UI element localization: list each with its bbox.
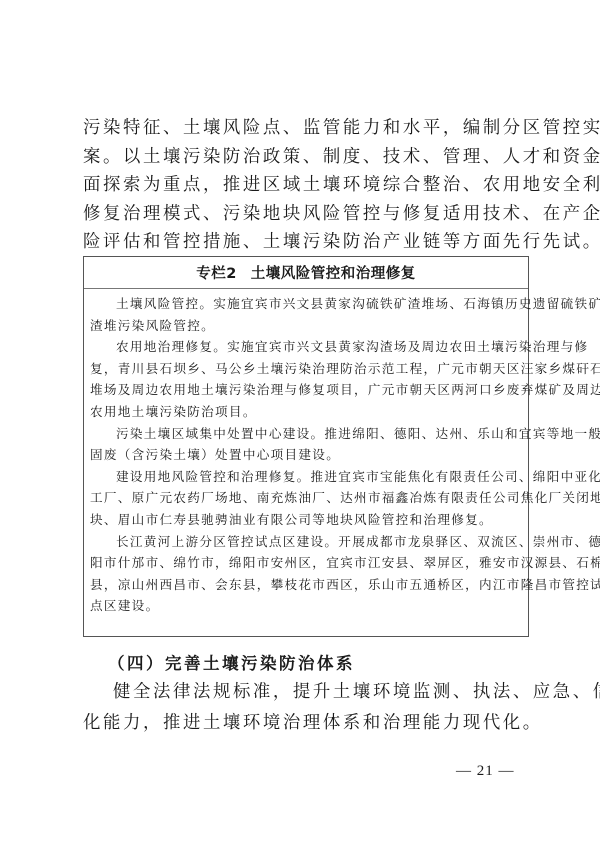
- box-item-soil-risk-control: 土壤风险管控。实施宜宾市兴文县黄家沟硫铁矿渣堆场、石海镇历史遗留硫铁矿 渣堆污染…: [90, 293, 522, 336]
- text-line: 工厂、原广元农药厂场地、南充炼油厂、达州市福鑫冶炼有限责任公司焦化厂关闭地: [90, 487, 522, 509]
- text-line: 化能力，推进土壤环境治理体系和治理能力现代化。: [83, 708, 529, 739]
- feature-box-title: 土壤风险管控和治理修复: [251, 262, 416, 283]
- feature-box-header: 专栏2 土壤风险管控和治理修复: [84, 257, 528, 289]
- feature-box-label: 专栏2: [196, 262, 237, 283]
- text-line: 土壤风险管控。实施宜宾市兴文县黄家沟硫铁矿渣堆场、石海镇历史遗留硫铁矿: [90, 293, 522, 315]
- feature-box-body: 土壤风险管控。实施宜宾市兴文县黄家沟硫铁矿渣堆场、石海镇历史遗留硫铁矿 渣堆污染…: [84, 289, 528, 617]
- box-item-farmland-remediation: 农用地治理修复。实施宜宾市兴文县黄家沟渣场及周边农田土壤污染治理与修 复，青川县…: [90, 336, 522, 422]
- text-line: 固废（含污染土壤）处置中心项目建设。: [90, 444, 522, 466]
- text-line: 健全法律法规标准，提升土壤环境监测、执法、应急、信息: [83, 677, 529, 708]
- text-line: 渣堆污染风险管控。: [90, 315, 522, 337]
- text-line: 农用地治理修复。实施宜宾市兴文县黄家沟渣场及周边农田土壤污染治理与修: [90, 336, 522, 358]
- text-line: 案。以土壤污染防治政策、制度、技术、管理、人才和资金等方: [83, 143, 529, 172]
- section-paragraph: 健全法律法规标准，提升土壤环境监测、执法、应急、信息 化能力，推进土壤环境治理体…: [83, 677, 529, 739]
- text-line: 堆场及周边农用地土壤污染治理与修复项目，广元市朝天区两河口乡废弃煤矿及周边: [90, 379, 522, 401]
- text-line: 农用地土壤污染防治项目。: [90, 401, 522, 423]
- text-line: 污染土壤区域集中处置中心建设。推进绵阳、德阳、达州、乐山和宜宾等地一般: [90, 423, 522, 445]
- body-paragraph: 污染特征、土壤风险点、监管能力和水平，编制分区管控实施方 案。以土壤污染防治政策…: [83, 114, 529, 257]
- page-number: — 21 —: [456, 763, 515, 780]
- feature-box: 专栏2 土壤风险管控和治理修复 土壤风险管控。实施宜宾市兴文县黄家沟硫铁矿渣堆场…: [83, 256, 529, 637]
- text-line: 污染特征、土壤风险点、监管能力和水平，编制分区管控实施方: [83, 114, 529, 143]
- text-line: 长江黄河上游分区管控试点区建设。开展成都市龙泉驿区、双流区、崇州市、德: [90, 531, 522, 553]
- text-line: 修复治理模式、污染地块风险管控与修复适用技术、在产企业风: [83, 200, 529, 229]
- box-item-disposal-center: 污染土壤区域集中处置中心建设。推进绵阳、德阳、达州、乐山和宜宾等地一般 固废（含…: [90, 423, 522, 466]
- text-line: 险评估和管控措施、土壤污染防治产业链等方面先行先试。: [83, 228, 529, 257]
- text-line: 建设用地风险管控和治理修复。推进宜宾市宝能焦化有限责任公司、绵阳中亚化: [90, 466, 522, 488]
- section-heading: （四）完善土壤污染防治体系: [108, 650, 355, 674]
- text-line: 阳市什邡市、绵竹市，绵阳市安州区，宜宾市江安县、翠屏区，雅安市汉源县、石棉: [90, 552, 522, 574]
- text-line: 块、眉山市仁寿县驰骋油业有限公司等地块风险管控和治理修复。: [90, 509, 522, 531]
- box-item-pilot-zones: 长江黄河上游分区管控试点区建设。开展成都市龙泉驿区、双流区、崇州市、德 阳市什邡…: [90, 531, 522, 617]
- text-line: 复，青川县石坝乡、马公乡土壤污染治理防治示范工程，广元市朝天区汪家乡煤矸石: [90, 358, 522, 380]
- text-line: 县，凉山州西昌市、会东县，攀枝花市西区，乐山市五通桥区，内江市隆昌市管控试: [90, 574, 522, 596]
- text-line: 面探索为重点，推进区域土壤环境综合整治、农用地安全利用与: [83, 171, 529, 200]
- text-line: 点区建设。: [90, 595, 522, 617]
- box-item-construction-land: 建设用地风险管控和治理修复。推进宜宾市宝能焦化有限责任公司、绵阳中亚化 工厂、原…: [90, 466, 522, 531]
